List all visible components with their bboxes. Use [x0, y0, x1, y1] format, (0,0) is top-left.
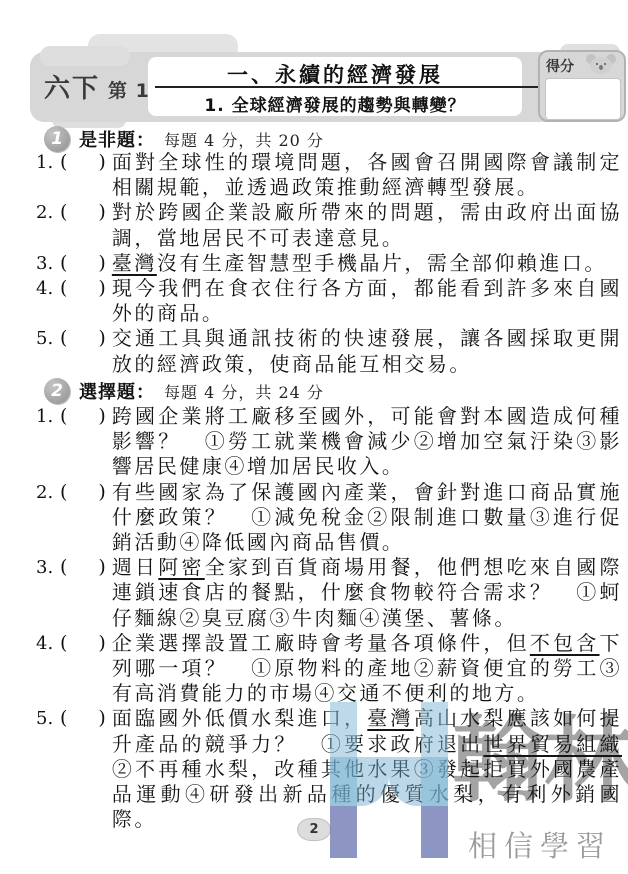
question-row: 5.( )面臨國外低價水梨進口，臺灣高山水梨應該如何提升產品的競爭力？ ①要求政…: [36, 706, 622, 832]
question-text-segment: 面對全球性的環境問題，各國會召開國際會議制定相關規範，並透過政策推動經濟轉型發展…: [112, 150, 622, 199]
answer-blank[interactable]: ( ): [60, 480, 112, 505]
question-text-segment: 交通工具與通訊技術的快速發展，讓各國採取更開放的經濟政策，使商品能互相交易。: [112, 326, 622, 375]
answer-blank[interactable]: ( ): [60, 200, 112, 225]
question-row: 4.( )現今我們在食衣住行各方面，都能看到許多來自國外的商品。: [36, 276, 622, 326]
answer-blank[interactable]: ( ): [60, 631, 112, 656]
question-number: 1.: [36, 404, 60, 429]
answer-blank[interactable]: ( ): [60, 404, 112, 429]
question-text: 現今我們在食衣住行各方面，都能看到許多來自國外的商品。: [112, 276, 622, 326]
question-number: 5.: [36, 706, 60, 731]
true-false-question-list: 1.( )面對全球性的環境問題，各國會召開國際會議制定相關規範，並透過政策推動經…: [36, 150, 622, 377]
question-number: 3.: [36, 251, 60, 276]
multiple-choice-question-list: 1.( )跨國企業將工廠移至國外，可能會對本國造成何種影響？ ①勞工就業機會減少…: [36, 404, 622, 832]
koala-face-icon: [586, 54, 616, 76]
question-row: 1.( )面對全球性的環境問題，各國會召開國際會議制定相關規範，並透過政策推動經…: [36, 150, 622, 200]
section-points-note: 每題 4 分，共 24 分: [164, 380, 324, 403]
question-text-segment: 跨國企業將工廠移至國外，可能會對本國造成何種影響？ ①勞工就業機會減少②增加空氣…: [112, 404, 622, 478]
question-text: 面對全球性的環境問題，各國會召開國際會議制定相關規範，並透過政策推動經濟轉型發展…: [112, 150, 622, 200]
question-row: 3.( )臺灣沒有生產智慧型手機晶片，需全部仰賴進口。: [36, 251, 622, 276]
question-number: 5.: [36, 326, 60, 351]
answer-blank[interactable]: ( ): [60, 251, 112, 276]
question-number: 2.: [36, 200, 60, 225]
answer-blank[interactable]: ( ): [60, 276, 112, 301]
question-text: 企業選擇設置工廠時會考量各項條件，但不包含下列哪一項？ ①原物料的產地②薪資便宜…: [112, 631, 622, 707]
section-points-note: 每題 4 分，共 20 分: [164, 128, 324, 151]
lesson-title: 1. 全球經濟發展的趨勢與轉變？: [148, 91, 522, 116]
section-number-badge: 1: [44, 126, 70, 152]
content-layer: 六下 第 1 回 一、永續的經濟發展 1. 全球經濟發展的趨勢與轉變？ 得分 1…: [0, 0, 628, 874]
question-row: 3.( )週日阿密全家到百貨商場用餐，他們想吃來自國際連鎖速食店的餐點，什麼食物…: [36, 555, 622, 631]
question-number: 2.: [36, 480, 60, 505]
question-number: 4.: [36, 276, 60, 301]
answer-blank[interactable]: ( ): [60, 555, 112, 580]
question-row: 2.( )有些國家為了保護國內產業，會針對進口商品實施什麼政策？ ①減免稅金②限…: [36, 480, 622, 556]
question-text: 交通工具與通訊技術的快速發展，讓各國採取更開放的經濟政策，使商品能互相交易。: [112, 326, 622, 376]
answer-blank[interactable]: ( ): [60, 150, 112, 175]
grade-label: 六下: [44, 68, 100, 105]
question-text-segment: 面臨國外低價水梨進口，: [112, 706, 367, 730]
question-text-segment: 臺灣: [112, 251, 157, 275]
question-text: 臺灣沒有生產智慧型手機晶片，需全部仰賴進口。: [112, 251, 622, 276]
question-text: 跨國企業將工廠移至國外，可能會對本國造成何種影響？ ①勞工就業機會減少②增加空氣…: [112, 404, 622, 480]
question-row: 5.( )交通工具與通訊技術的快速發展，讓各國採取更開放的經濟政策，使商品能互相…: [36, 326, 622, 376]
title-divider: [155, 86, 543, 88]
section-title: 選擇題：: [79, 378, 155, 404]
question-text-segment: 世界貿易組織: [483, 732, 622, 756]
section-title: 是非題：: [79, 126, 155, 152]
question-text: 有些國家為了保護國內產業，會針對進口商品實施什麼政策？ ①減免稅金②限制進口數量…: [112, 480, 622, 556]
question-text-segment: ②不再種水梨，改種其他水果③發起拒買外國農產品運動④研發出新品種的優質水梨，有利…: [112, 757, 622, 831]
question-number: 3.: [36, 555, 60, 580]
question-text-segment: 臺灣: [367, 706, 413, 730]
question-text: 對於跨國企業設廠所帶來的問題，需由政府出面協調，當地居民不可表達意見。: [112, 200, 622, 250]
question-text-segment: 現今我們在食衣住行各方面，都能看到許多來自國外的商品。: [112, 276, 622, 325]
question-number: 1.: [36, 150, 60, 175]
question-row: 2.( )對於跨國企業設廠所帶來的問題，需由政府出面協調，當地居民不可表達意見。: [36, 200, 622, 250]
unit-title: 一、永續的經濟發展: [148, 59, 522, 89]
exam-page: 翰林 相信學習 六下 第 1 回 一、永續的經濟發展 1. 全球經濟發展的趨勢與…: [0, 0, 628, 874]
section-1-header: 1 是非題： 每題 4 分，共 20 分: [44, 126, 324, 152]
question-row: 4.( )企業選擇設置工廠時會考量各項條件，但不包含下列哪一項？ ①原物料的產地…: [36, 631, 622, 707]
question-text-segment: 阿密: [158, 555, 204, 579]
section-2-header: 2 選擇題： 每題 4 分，共 24 分: [44, 378, 324, 404]
question-text-segment: 有些國家為了保護國內產業，會針對進口商品實施什麼政策？ ①減免稅金②限制進口數量…: [112, 480, 622, 554]
question-text-segment: 對於跨國企業設廠所帶來的問題，需由政府出面協調，當地居民不可表達意見。: [112, 200, 622, 249]
question-text-segment: 企業選擇設置工廠時會考量各項條件，但: [112, 631, 530, 655]
score-box: 得分: [538, 50, 626, 122]
section-number-badge: 2: [44, 378, 70, 404]
question-text-segment: 週日: [112, 555, 158, 579]
question-row: 1.( )跨國企業將工廠移至國外，可能會對本國造成何種影響？ ①勞工就業機會減少…: [36, 404, 622, 480]
page-number-badge: 2: [297, 818, 331, 841]
score-label: 得分: [546, 56, 574, 76]
question-text-segment: 沒有生產智慧型手機晶片，需全部仰賴進口。: [157, 251, 607, 275]
question-text: 週日阿密全家到百貨商場用餐，他們想吃來自國際連鎖速食店的餐點，什麼食物較符合需求…: [112, 555, 622, 631]
question-text-segment: 不包含: [530, 631, 600, 655]
question-text: 面臨國外低價水梨進口，臺灣高山水梨應該如何提升產品的競爭力？ ①要求政府退出世界…: [112, 706, 622, 832]
question-number: 4.: [36, 631, 60, 656]
answer-blank[interactable]: ( ): [60, 706, 112, 731]
score-input-field[interactable]: [545, 78, 621, 120]
answer-blank[interactable]: ( ): [60, 326, 112, 351]
